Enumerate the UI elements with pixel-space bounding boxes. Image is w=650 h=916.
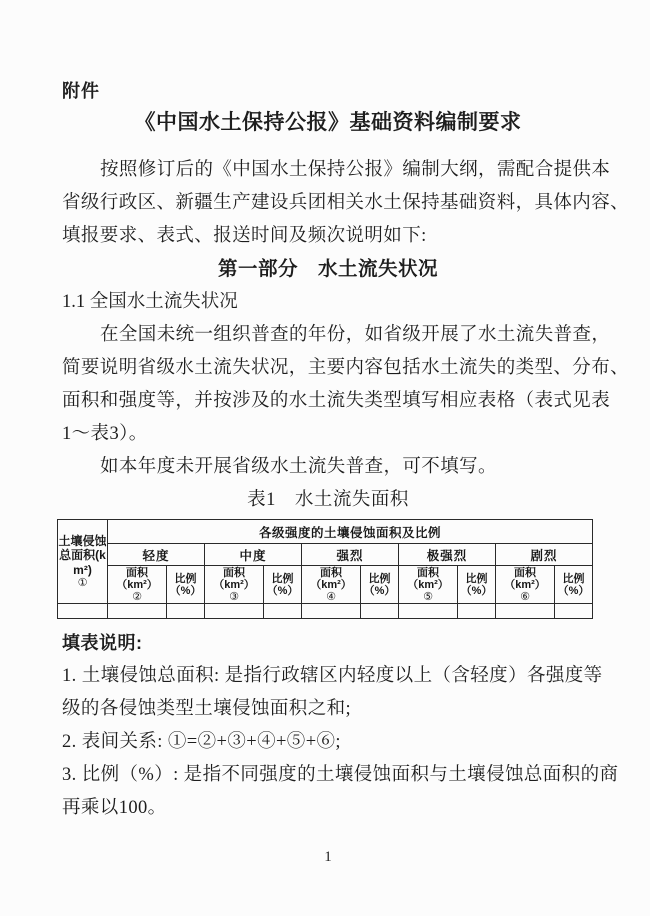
page-content: 附件 《中国水土保持公报》基础资料编制要求 按照修订后的《中国水土保持公报》编制…: [0, 0, 650, 867]
row-header-text: 土壤侵蚀总面积(km²): [58, 534, 107, 578]
empty-cell: [496, 604, 555, 619]
ratio-unit: （%）: [555, 585, 592, 597]
circled-number-3: ③: [205, 591, 263, 603]
circled-number-6: ⑥: [496, 591, 554, 603]
fill-instructions: 填表说明: 1. 土壤侵蚀总面积: 是指行政辖区内轻度以上（含轻度）各强度等 级…: [62, 627, 594, 825]
section-1-1-paragraph: 在全国未统一组织普查的年份，如省级开展了水土流失普查， 简要说明省级水土流失状况…: [62, 319, 594, 451]
note-line: 2. 表间关系: ①=②+③+④+⑤+⑥;: [62, 726, 594, 759]
intro-line: 填报要求、表式、报送时间及频次说明如下:: [62, 220, 594, 253]
optional-fill-note: 如本年度未开展省级水土流失普查，可不填写。: [62, 451, 594, 484]
area-header: 面积 （km²） ②: [108, 566, 167, 604]
empty-cell: [555, 604, 593, 619]
empty-cell: [302, 604, 361, 619]
area-header: 面积 （km²） ⑥: [496, 566, 555, 604]
note-line: 1. 土壤侵蚀总面积: 是指行政辖区内轻度以上（含轻度）各强度等: [62, 660, 594, 693]
empty-cell: [399, 604, 458, 619]
area-unit: （km²）: [205, 579, 263, 591]
strength-header-light: 轻度: [108, 544, 205, 566]
area-unit: （km²）: [302, 579, 360, 591]
empty-cell: [167, 604, 205, 619]
area-unit: （km²）: [496, 579, 554, 591]
area-header: 面积 （km²） ④: [302, 566, 361, 604]
table1-strength-row: 轻度 中度 强烈 极强烈 剧烈: [58, 544, 593, 566]
ratio-label: 比例: [361, 573, 398, 585]
empty-cell: [205, 604, 264, 619]
area-label: 面积: [302, 567, 360, 579]
document-page: 附件 《中国水土保持公报》基础资料编制要求 按照修订后的《中国水土保持公报》编制…: [0, 0, 650, 916]
ratio-label: 比例: [555, 573, 592, 585]
empty-cell: [108, 604, 167, 619]
area-unit: （km²）: [399, 579, 457, 591]
document-title: 《中国水土保持公报》基础资料编制要求: [62, 109, 594, 137]
span-header-intensity-area-ratio: 各级强度的土壤侵蚀面积及比例: [108, 520, 593, 544]
table1-empty-data-row: [58, 604, 593, 619]
area-label: 面积: [496, 567, 554, 579]
area-header: 面积 （km²） ③: [205, 566, 264, 604]
ratio-unit: （%）: [458, 585, 495, 597]
empty-cell: [361, 604, 399, 619]
body-line: 简要说明省级水土流失状况，主要内容包括水土流失的类型、分布、: [62, 352, 594, 385]
body-line: 面积和强度等，并按涉及的水土流失类型填写相应表格（表式见表: [62, 385, 594, 418]
strength-header-intense: 强烈: [302, 544, 399, 566]
intro-paragraph: 按照修订后的《中国水土保持公报》编制大纲，需配合提供本 省级行政区、新疆生产建设…: [62, 154, 594, 253]
strength-header-extremely-intense: 极强烈: [399, 544, 496, 566]
fill-instructions-heading: 填表说明:: [62, 627, 594, 660]
area-unit: （km²）: [108, 579, 166, 591]
attachment-label: 附件: [62, 80, 594, 102]
area-label: 面积: [399, 567, 457, 579]
circled-number-4: ④: [302, 591, 360, 603]
area-header: 面积 （km²） ⑤: [399, 566, 458, 604]
circled-number-2: ②: [108, 591, 166, 603]
strength-header-moderate: 中度: [205, 544, 302, 566]
body-line: 在全国未统一组织普查的年份，如省级开展了水土流失普查，: [62, 319, 594, 352]
table1-subheader-row: 面积 （km²） ② 比例 （%） 面积 （km²） ③ 比例 （%）: [58, 566, 593, 604]
ratio-header: 比例 （%）: [555, 566, 593, 604]
page-number: 1: [62, 847, 594, 867]
note-line: 再乘以100。: [62, 792, 594, 825]
circled-number-1: ①: [58, 577, 107, 589]
ratio-header: 比例 （%）: [167, 566, 205, 604]
area-label: 面积: [108, 567, 166, 579]
strength-header-severe: 剧烈: [496, 544, 593, 566]
area-label: 面积: [205, 567, 263, 579]
empty-cell: [58, 604, 108, 619]
ratio-header: 比例 （%）: [361, 566, 399, 604]
table1-span-header-row: 土壤侵蚀总面积(km²) ① 各级强度的土壤侵蚀面积及比例: [58, 520, 593, 544]
ratio-unit: （%）: [361, 585, 398, 597]
section-1-1-heading: 1.1 全国水土流失状况: [62, 286, 594, 319]
ratio-unit: （%）: [264, 585, 301, 597]
ratio-unit: （%）: [167, 585, 204, 597]
note-line: 3. 比例（%）: 是指不同强度的土壤侵蚀面积与土壤侵蚀总面积的商: [62, 759, 594, 792]
body-line: 1～表3）。: [62, 418, 594, 451]
intro-line: 省级行政区、新疆生产建设兵团相关水土保持基础资料，具体内容、: [62, 187, 594, 220]
empty-cell: [264, 604, 302, 619]
intro-line: 按照修订后的《中国水土保持公报》编制大纲，需配合提供本: [62, 154, 594, 187]
circled-number-5: ⑤: [399, 591, 457, 603]
ratio-label: 比例: [167, 573, 204, 585]
note-line: 级的各侵蚀类型土壤侵蚀面积之和;: [62, 693, 594, 726]
table1-caption: 表1 水土流失面积: [62, 484, 594, 517]
ratio-label: 比例: [458, 573, 495, 585]
ratio-header: 比例 （%）: [264, 566, 302, 604]
ratio-header: 比例 （%）: [458, 566, 496, 604]
table1-soil-erosion-area: 土壤侵蚀总面积(km²) ① 各级强度的土壤侵蚀面积及比例 轻度 中度 强烈 极…: [57, 519, 593, 619]
empty-cell: [458, 604, 496, 619]
ratio-label: 比例: [264, 573, 301, 585]
row-header-total-erosion-area: 土壤侵蚀总面积(km²) ①: [58, 520, 108, 604]
part1-heading: 第一部分 水土流失状况: [62, 253, 594, 286]
